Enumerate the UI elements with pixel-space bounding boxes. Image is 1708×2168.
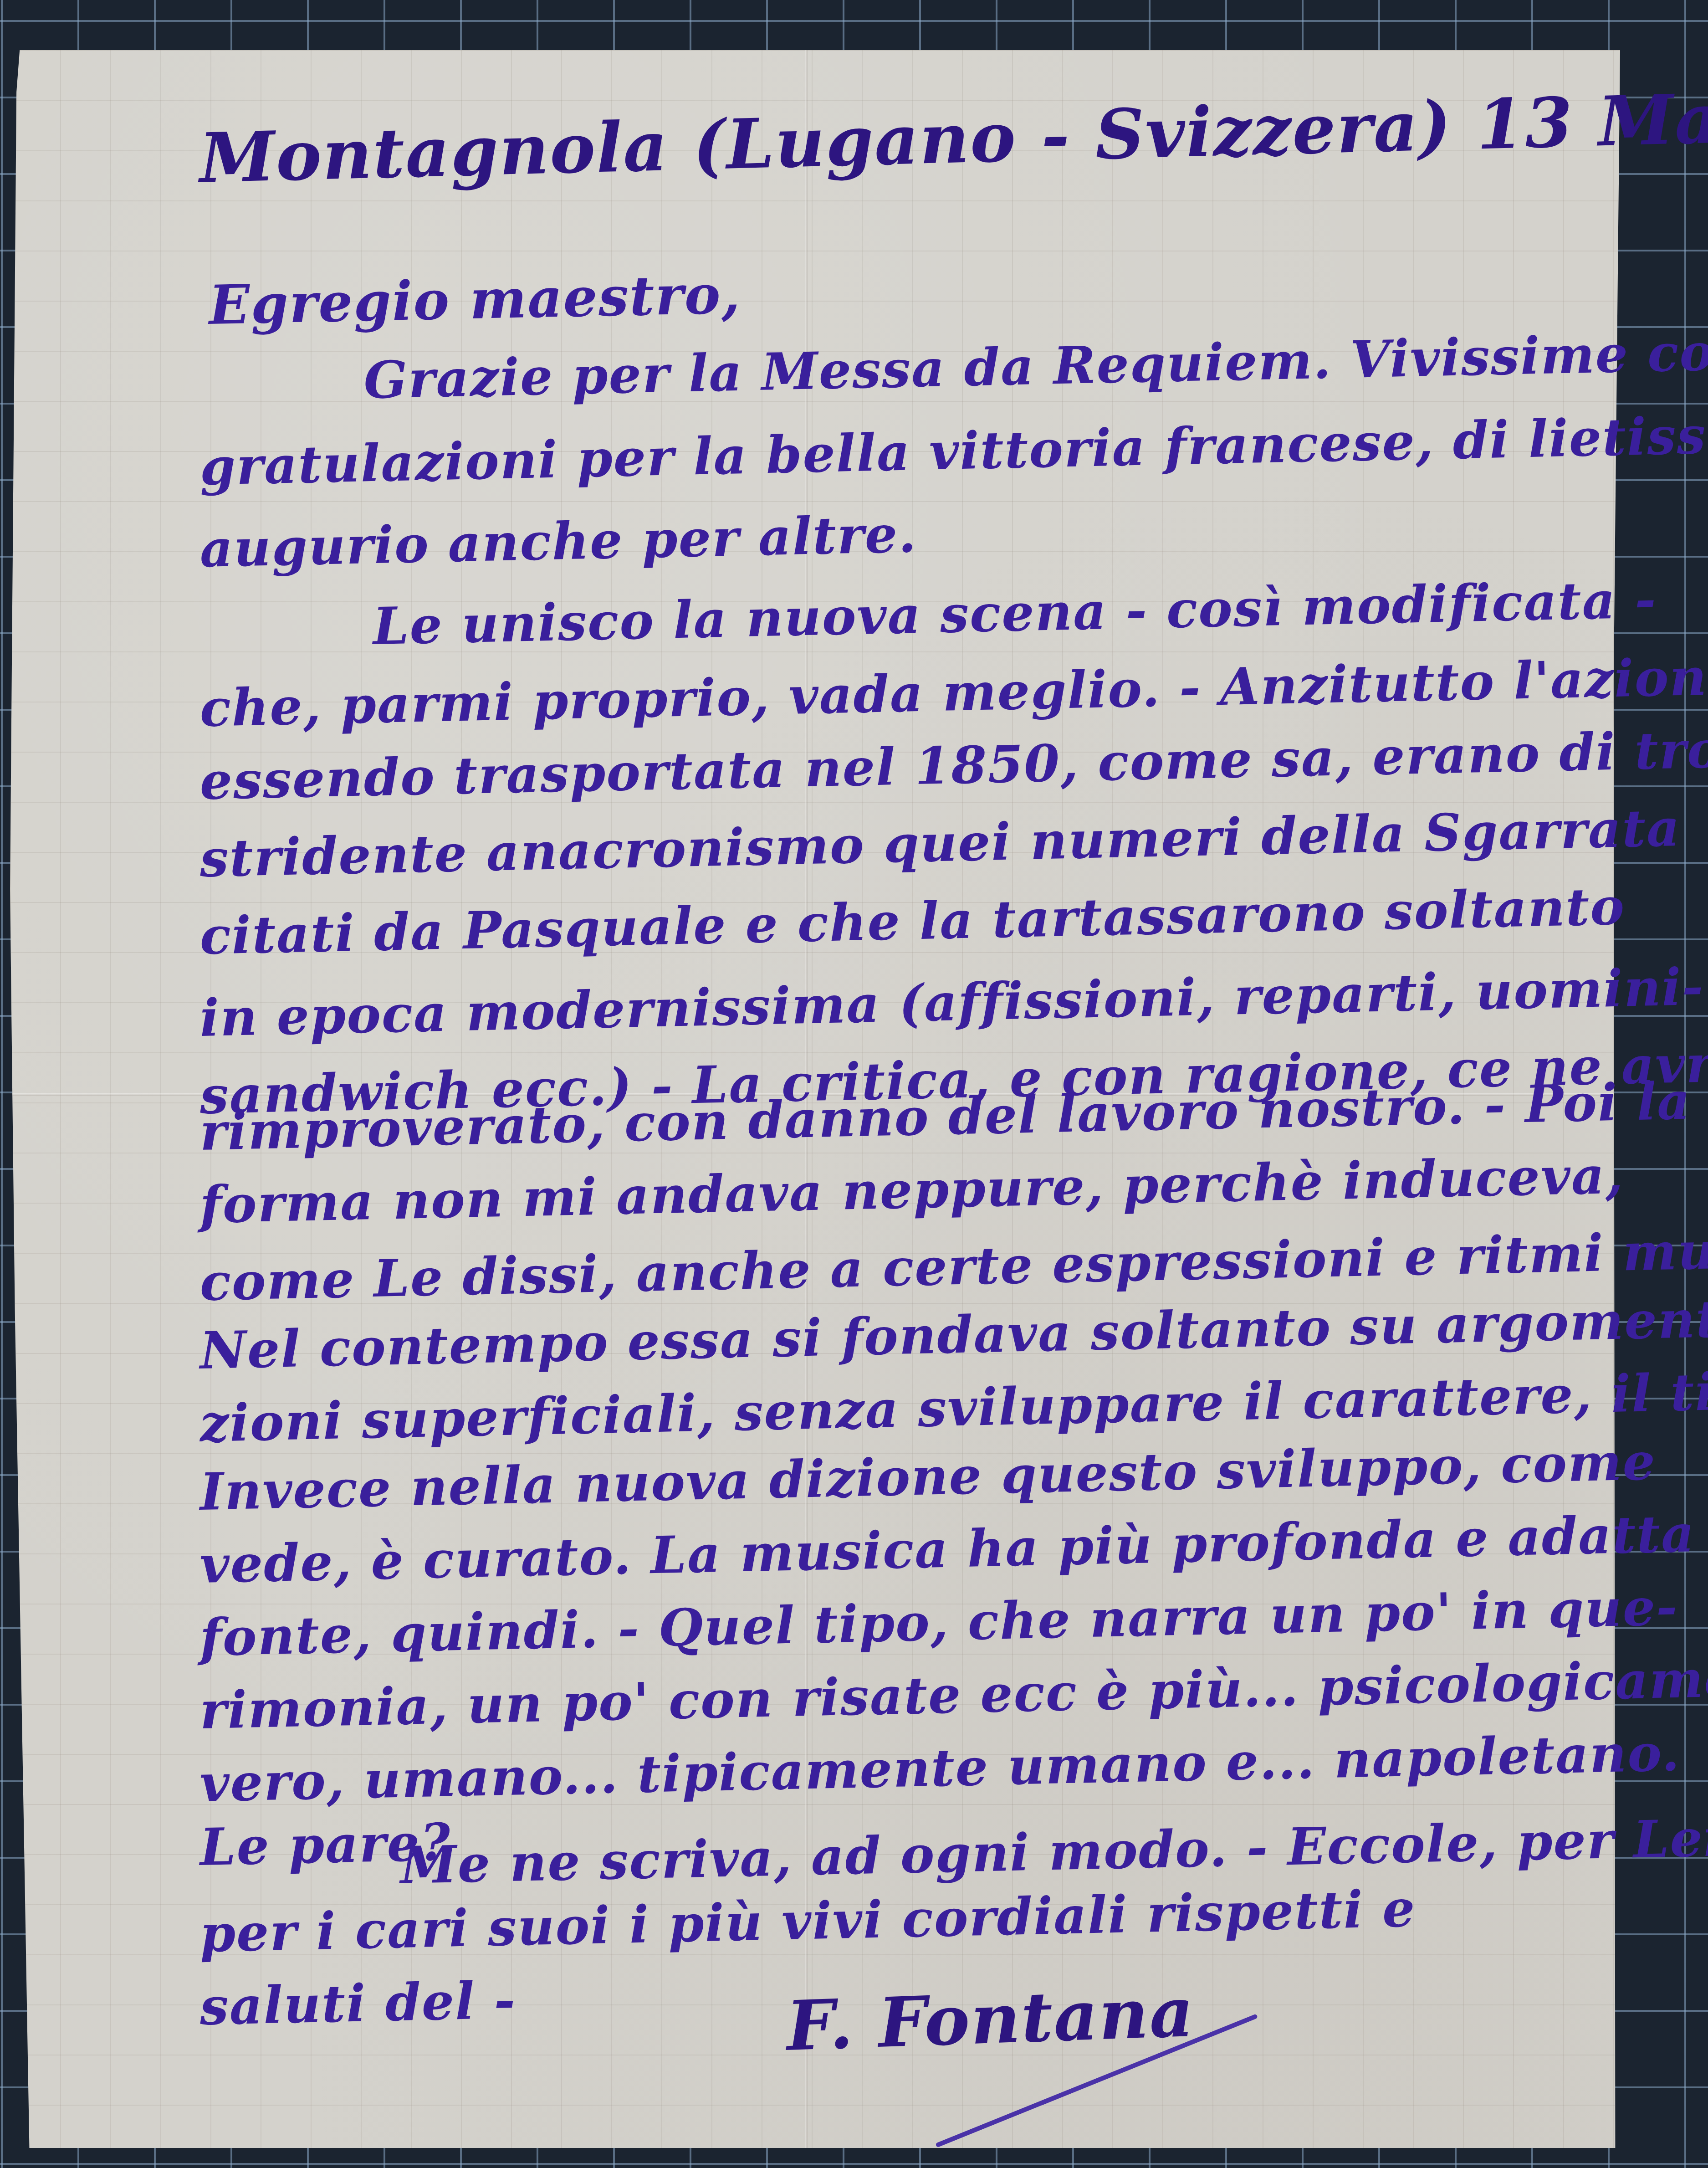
line-text: saluti del - (199, 1970, 516, 2037)
salutation: Egregio maestro, (208, 262, 741, 337)
letter-line: saluti del - (199, 1970, 516, 2037)
heading-date: 13 Marzo 914 (1476, 71, 1708, 165)
signature: F. Fontana (785, 1972, 1196, 2066)
